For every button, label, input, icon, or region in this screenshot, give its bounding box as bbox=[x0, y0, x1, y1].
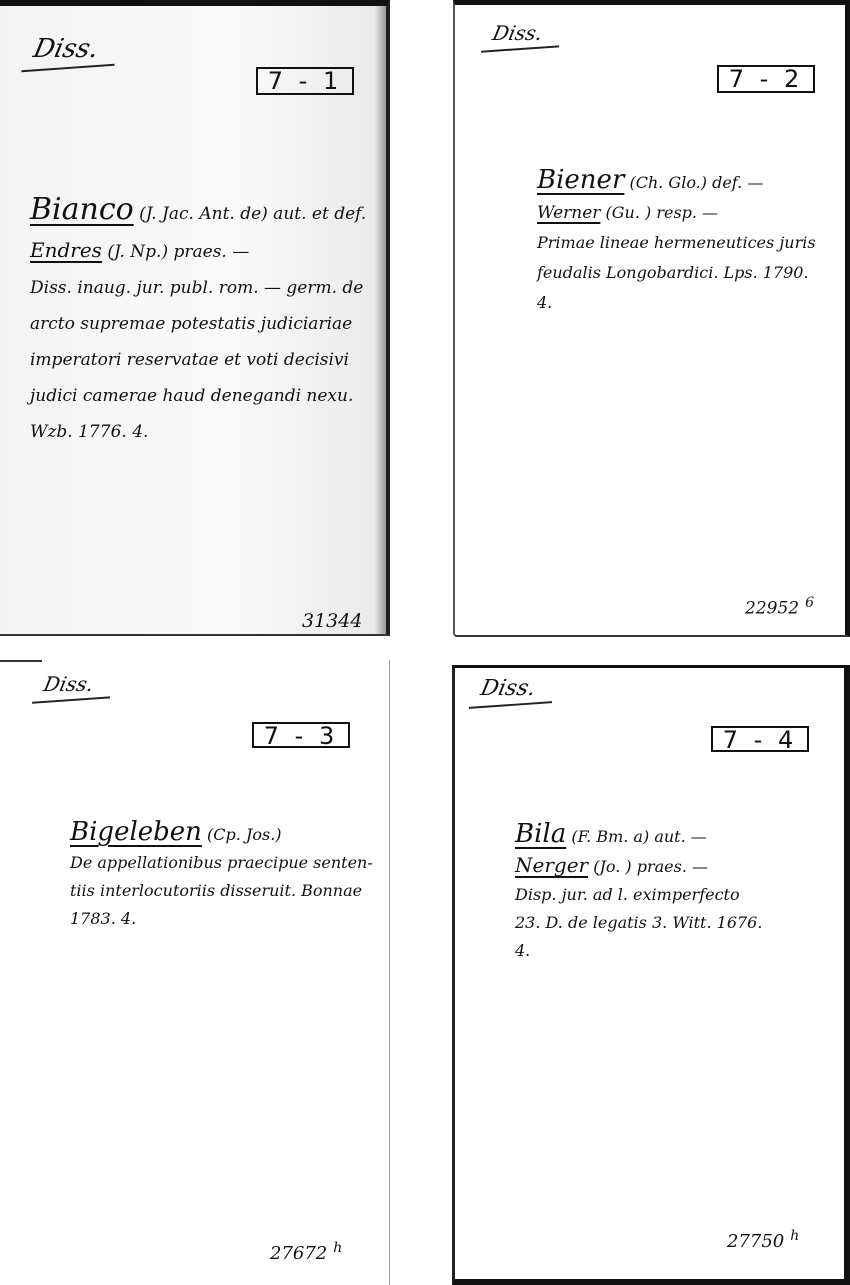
title-line: arcto supremae potestatis judiciariae bbox=[30, 306, 366, 342]
accession-number: 229526 bbox=[745, 595, 814, 619]
title-line: Disp. jur. ad l. eximperfecto bbox=[515, 881, 762, 909]
author-surname: Bila bbox=[515, 819, 566, 849]
accession-number: 27750h bbox=[727, 1228, 799, 1252]
accession-value: 27750 bbox=[727, 1231, 784, 1252]
format-line: 4. bbox=[537, 288, 816, 318]
title-line: feudalis Longobardici. Lps. 1790. bbox=[537, 258, 816, 288]
praeses-line: Endres (J. Np.) praes. — bbox=[30, 232, 366, 270]
call-number: 7 - 3 bbox=[252, 722, 350, 748]
respondent-line: Werner (Gu. ) resp. — bbox=[537, 198, 816, 228]
author-surname: Bianco bbox=[30, 192, 134, 227]
card-body: Biener (Ch. Glo.) def. — Werner (Gu. ) r… bbox=[537, 165, 816, 318]
praeses-line: Nerger (Jo. ) praes. — bbox=[515, 851, 762, 881]
card-body: Bianco (J. Jac. Ant. de) aut. et def. En… bbox=[30, 192, 366, 450]
author-line: Bigeleben (Cp. Jos.) bbox=[70, 818, 373, 849]
category-label: Diss. bbox=[41, 672, 95, 696]
title-line: De appellationibus praecipue senten- bbox=[70, 849, 373, 877]
title-line: tiis interlocutoriis disseruit. Bonnae bbox=[70, 877, 373, 905]
title-line: Diss. inaug. jur. publ. rom. — germ. de bbox=[30, 270, 366, 306]
accession-suffix: h bbox=[333, 1240, 342, 1256]
praeses-details: (Jo. ) praes. — bbox=[593, 857, 708, 876]
imprint-line: 1783. 4. bbox=[70, 905, 373, 933]
author-line: Bila (F. Bm. a) aut. — bbox=[515, 820, 762, 851]
author-details: (F. Bm. a) aut. — bbox=[571, 827, 706, 846]
accession-value: 31344 bbox=[302, 610, 362, 632]
call-number: 7 - 2 bbox=[717, 65, 815, 93]
catalog-card-7-4: Diss. 7 - 4 Bila (F. Bm. a) aut. — Nerge… bbox=[452, 665, 850, 1285]
author-details: (J. Jac. Ant. de) aut. et def. bbox=[139, 204, 366, 224]
title-line: imperatori reservatae et voti decisivi bbox=[30, 342, 366, 378]
accession-value: 27672 bbox=[270, 1243, 327, 1264]
catalog-card-7-3: Diss. 7 - 3 Bigeleben (Cp. Jos.) De appe… bbox=[0, 660, 390, 1285]
author-surname: Bigeleben bbox=[70, 817, 202, 847]
author-details: (Cp. Jos.) bbox=[207, 825, 281, 844]
title-line: 23. D. de legatis 3. Witt. 1676. bbox=[515, 909, 762, 937]
title-line: judici camerae haud denegandi nexu. bbox=[30, 378, 366, 414]
accession-suffix: h bbox=[790, 1228, 799, 1244]
card-body: Bila (F. Bm. a) aut. — Nerger (Jo. ) pra… bbox=[515, 820, 762, 965]
call-number: 7 - 4 bbox=[711, 726, 809, 752]
defendant-surname: Biener bbox=[537, 165, 624, 195]
catalog-card-7-1: Diss. 7 - 1 Bianco (J. Jac. Ant. de) aut… bbox=[0, 0, 390, 636]
author-line: Bianco (J. Jac. Ant. de) aut. et def. bbox=[30, 192, 366, 232]
category-label: Diss. bbox=[490, 21, 544, 45]
category-label: Diss. bbox=[31, 34, 102, 64]
call-number: 7 - 1 bbox=[256, 67, 354, 95]
respondent-details: (Gu. ) resp. — bbox=[606, 203, 719, 222]
accession-suffix: 6 bbox=[805, 595, 814, 611]
format-line: 4. bbox=[515, 937, 762, 965]
praeses-details: (J. Np.) praes. — bbox=[107, 242, 249, 262]
praeses-surname: Nerger bbox=[515, 853, 588, 877]
defendant-line: Biener (Ch. Glo.) def. — bbox=[537, 165, 816, 198]
respondent-surname: Werner bbox=[537, 203, 600, 223]
accession-number: 31344 bbox=[302, 610, 362, 632]
category-label: Diss. bbox=[478, 676, 538, 701]
catalog-card-7-2: Diss. 7 - 2 Biener (Ch. Glo.) def. — Wer… bbox=[453, 0, 850, 637]
title-line: Primae lineae hermeneutices juris bbox=[537, 228, 816, 258]
praeses-surname: Endres bbox=[30, 238, 102, 262]
accession-value: 22952 bbox=[745, 599, 799, 619]
card-body: Bigeleben (Cp. Jos.) De appellationibus … bbox=[70, 818, 373, 933]
defendant-details: (Ch. Glo.) def. — bbox=[629, 173, 763, 192]
accession-number: 27672h bbox=[270, 1240, 342, 1264]
imprint-line: Wzb. 1776. 4. bbox=[30, 414, 366, 450]
